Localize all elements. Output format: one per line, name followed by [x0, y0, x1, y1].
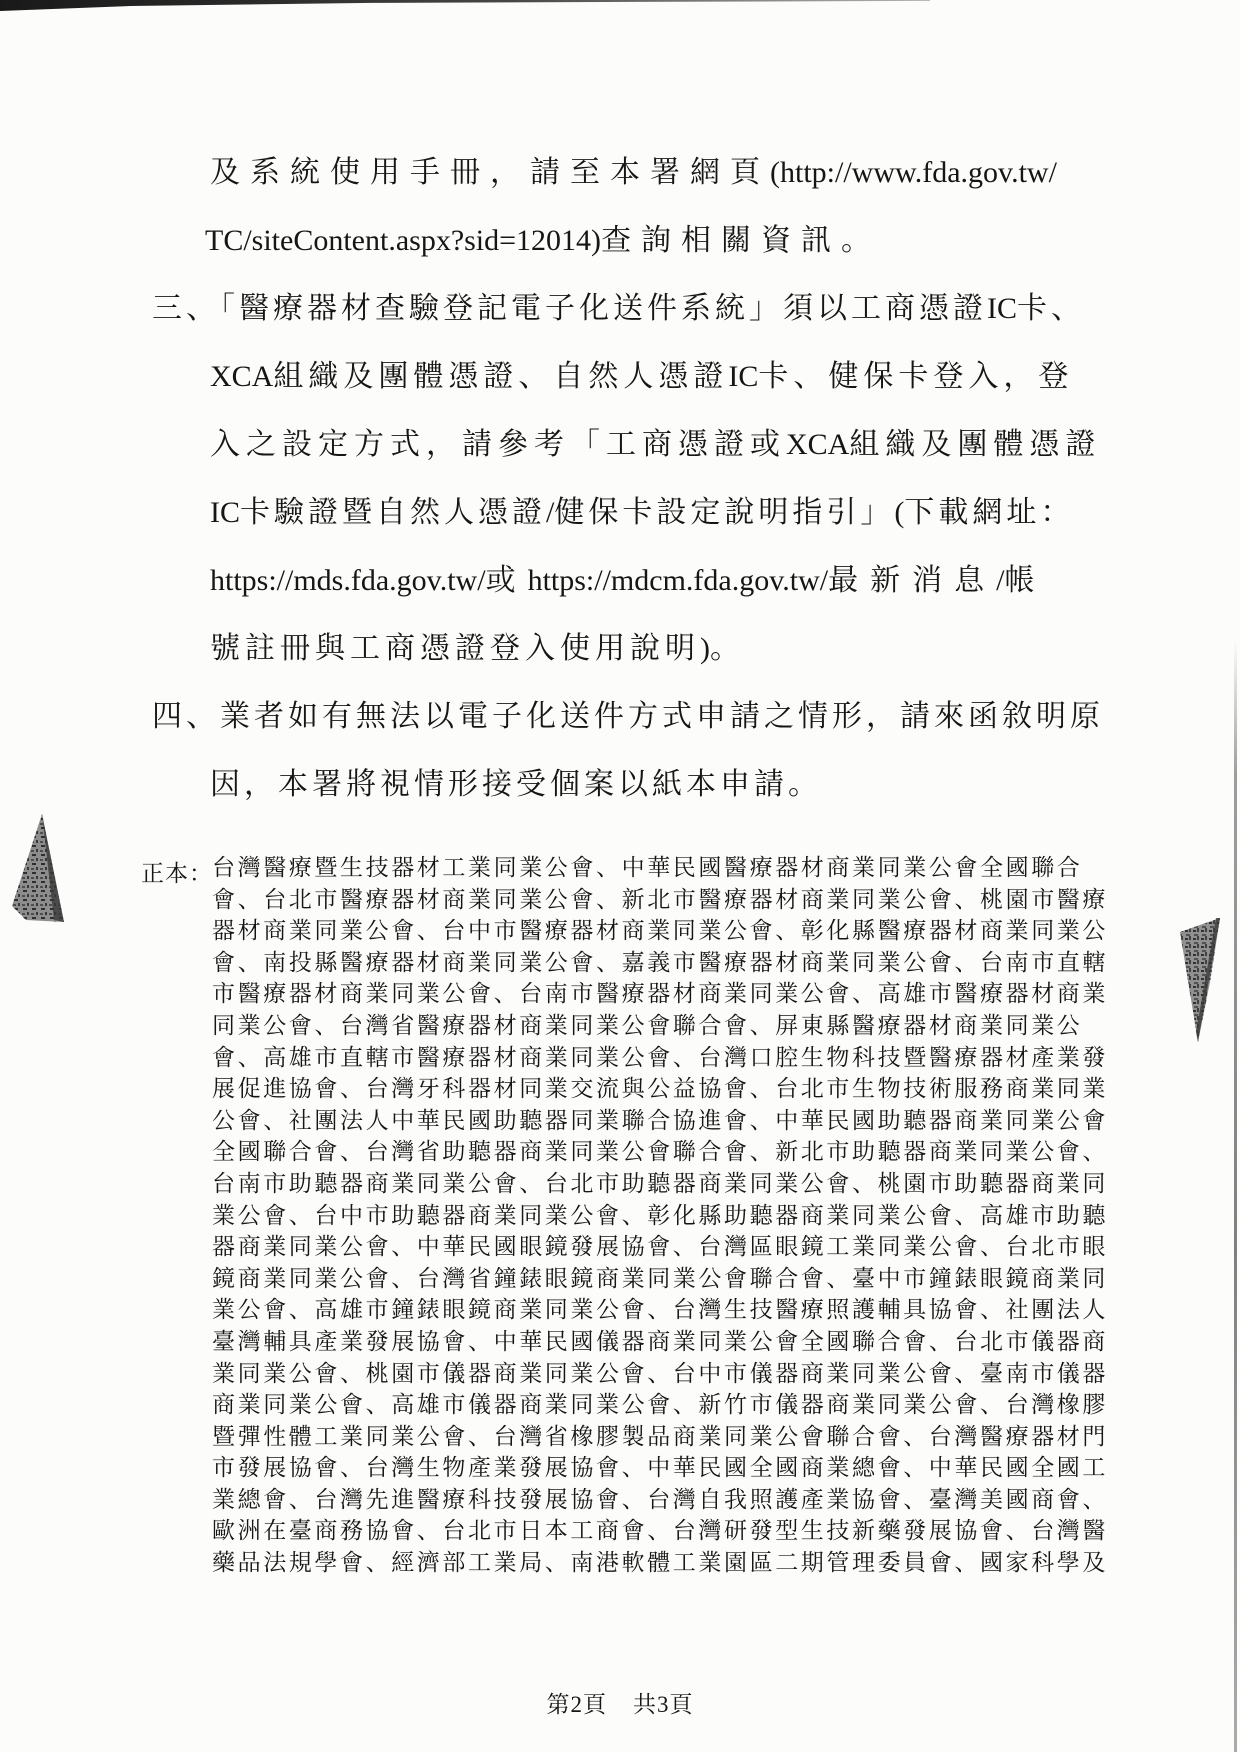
recipients-block: 台灣醫療暨生技器材工業同業公會、中華民國醫療器材商業同業公會全國聯合會、台北市醫…	[212, 852, 1108, 1579]
recipient-line: 臺灣輔具產業發展協會、中華民國儀器商業同業公會全國聯合會、台北市儀器商	[212, 1326, 1108, 1358]
cjk-text-segment: 四、業者如有無法以電子化送件方式申請之情形，請來函敘明原	[152, 700, 1104, 733]
recipient-line: 會、台北市醫療器材商業同業公會、新北市醫療器材商業同業公會、桃園市醫療	[212, 884, 1108, 916]
recipient-line: 台南市助聽器商業同業公會、台北市助聽器商業同業公會、桃園市助聽器商業同	[212, 1168, 1108, 1200]
cjk-text-segment: 下載網址：	[904, 496, 1074, 529]
recipient-line: 會、南投縣醫療器材商業同業公會、嘉義市醫療器材商業同業公會、台南市直轄	[212, 947, 1108, 979]
cjk-text-segment: 組織及團體憑證、自然人憑證	[273, 360, 728, 393]
total-pages: 共3頁	[633, 1686, 694, 1719]
recipient-line: 藥品法規學會、經濟部工業局、南港軟體工業園區二期管理委員會、國家科學及	[212, 1547, 1108, 1579]
body-line: 因，本署將視情形接受個案以紙本申請。	[210, 765, 822, 805]
cjk-text-segment: 號註冊與工商憑證登入使用說明	[210, 632, 700, 665]
body-line: IC卡驗證暨自然人憑證/健保卡設定說明指引」(下載網址：	[210, 493, 1074, 533]
cjk-text-segment: 卡驗證暨自然人憑證	[240, 496, 546, 529]
body-line: https://mds.fda.gov.tw/或https://mdcm.fda…	[210, 561, 1046, 601]
cjk-text-segment: 最新消息	[828, 564, 996, 597]
body-line: TC/siteContent.aspx?sid=12014)查詢相關資訊。	[205, 221, 881, 261]
cjk-text-segment: 健保卡設定說明指引」	[554, 496, 894, 529]
recipient-line: 業公會、台中市助聽器商業同業公會、彰化縣助聽器商業同業公會、高雄市助聽	[212, 1200, 1108, 1232]
latin-text-segment: https://mdcm.fda.gov.tw/	[528, 564, 829, 597]
recipient-line: 器商業同業公會、中華民國眼鏡發展協會、台灣區眼鏡工業同業公會、台北市眼	[212, 1231, 1108, 1263]
cjk-text-segment: 卡、	[1017, 292, 1085, 325]
body-line: XCA組織及團體憑證、自然人憑證IC卡、健保卡登入，登	[210, 357, 1073, 397]
recipients-label: 正本：	[141, 855, 213, 888]
recipient-line: 業總會、台灣先進醫療科技發展協會、台灣自我照護產業協會、臺灣美國商會、	[212, 1484, 1108, 1516]
body-line: 四、業者如有無法以電子化送件方式申請之情形，請來函敘明原	[152, 697, 1104, 737]
cjk-text-segment: 入之設定方式，請參考「工商憑證或	[210, 428, 786, 461]
recipient-line: 市發展協會、台灣生物產業發展協會、中華民國全國商業總會、中華民國全國工	[212, 1452, 1108, 1484]
scan-edge-right-artifact	[1234, 640, 1237, 1752]
cjk-text-segment: 帳	[1004, 564, 1046, 597]
latin-text-segment: XCA	[786, 428, 849, 461]
recipient-line: 全國聯合會、台灣省助聽器商業同業公會聯合會、新北市助聽器商業同業公會、	[212, 1136, 1108, 1168]
recipient-line: 台灣醫療暨生技器材工業同業公會、中華民國醫療器材商業同業公會全國聯合	[212, 852, 1108, 884]
latin-text-segment: IC	[987, 292, 1017, 325]
body-line: 三、「醫療器材查驗登記電子化送件系統」須以工商憑證IC卡、	[152, 289, 1085, 329]
scan-edge-top-artifact	[0, 0, 930, 11]
cjk-text-segment: 卡、健保卡登入，登	[758, 360, 1073, 393]
recipient-line: 暨彈性體工業同業公會、台灣省橡膠製品商業同業公會聯合會、台灣醫療器材門	[212, 1421, 1108, 1453]
scanned-document-page: 及系統使用手冊，請至本署網頁(http://www.fda.gov.tw/TC/…	[0, 0, 1240, 1752]
cjk-text-segment: 組織及團體憑證	[849, 428, 1101, 461]
cjk-text-segment: 因，本署將視情形接受個案以紙本申請。	[210, 768, 822, 801]
latin-text-segment: )	[700, 632, 710, 665]
ink-seal-left-icon	[4, 808, 88, 938]
latin-text-segment: (http://www.fda.gov.tw/	[770, 156, 1057, 189]
body-line: 號註冊與工商憑證登入使用說明)。	[210, 629, 745, 669]
cjk-text-segment: 。	[710, 632, 745, 665]
latin-text-segment: https://mds.fda.gov.tw/	[210, 564, 486, 597]
recipient-line: 展促進協會、台灣牙科器材同業交流與公益協會、台北市生物技術服務商業同業	[212, 1073, 1108, 1105]
latin-text-segment: XCA	[210, 360, 273, 393]
cjk-text-segment: 或	[486, 564, 528, 597]
page-number: 第2頁	[547, 1686, 608, 1719]
latin-text-segment: TC/siteContent.aspx?sid=12014)	[205, 224, 601, 257]
latin-text-segment: IC	[728, 360, 758, 393]
cjk-text-segment: 三、「醫療器材查驗登記電子化送件系統」須以工商憑證	[152, 292, 987, 325]
latin-text-segment: IC	[210, 496, 240, 529]
recipient-line: 鏡商業同業公會、台灣省鐘錶眼鏡商業同業公會聯合會、臺中市鐘錶眼鏡商業同	[212, 1263, 1108, 1295]
recipient-line: 業公會、高雄市鐘錶眼鏡商業同業公會、台灣生技醫療照護輔具協會、社團法人	[212, 1294, 1108, 1326]
recipient-line: 市醫療器材商業同業公會、台南市醫療器材商業同業公會、高雄市醫療器材商業	[212, 978, 1108, 1010]
ink-seal-right-icon	[1168, 912, 1230, 1052]
recipient-line: 會、高雄市直轄市醫療器材商業同業公會、台灣口腔生物科技暨醫療器材產業發	[212, 1042, 1108, 1074]
recipient-line: 業同業公會、桃園市儀器商業同業公會、台中市儀器商業同業公會、臺南市儀器	[212, 1358, 1108, 1390]
recipient-line: 商業同業公會、高雄市儀器商業同業公會、新竹市儀器商業同業公會、台灣橡膠	[212, 1389, 1108, 1421]
recipient-line: 同業公會、台灣省醫療器材商業同業公會聯合會、屏東縣醫療器材商業同業公	[212, 1010, 1108, 1042]
page-footer: 第2頁 共3頁	[0, 1686, 1240, 1719]
body-line: 及系統使用手冊，請至本署網頁(http://www.fda.gov.tw/	[210, 153, 1057, 193]
cjk-text-segment: 及系統使用手冊，請至本署網頁	[210, 156, 770, 189]
latin-text-segment: (	[894, 496, 904, 529]
cjk-text-segment: 查詢相關資訊。	[601, 224, 881, 257]
recipient-line: 歐洲在臺商務協會、台北市日本工商會、台灣研發型生技新藥發展協會、台灣醫	[212, 1515, 1108, 1547]
recipient-line: 公會、社團法人中華民國助聽器同業聯合協進會、中華民國助聽器商業同業公會	[212, 1105, 1108, 1137]
body-line: 入之設定方式，請參考「工商憑證或XCA組織及團體憑證	[210, 425, 1101, 465]
recipient-line: 器材商業同業公會、台中市醫療器材商業同業公會、彰化縣醫療器材商業同業公	[212, 915, 1108, 947]
